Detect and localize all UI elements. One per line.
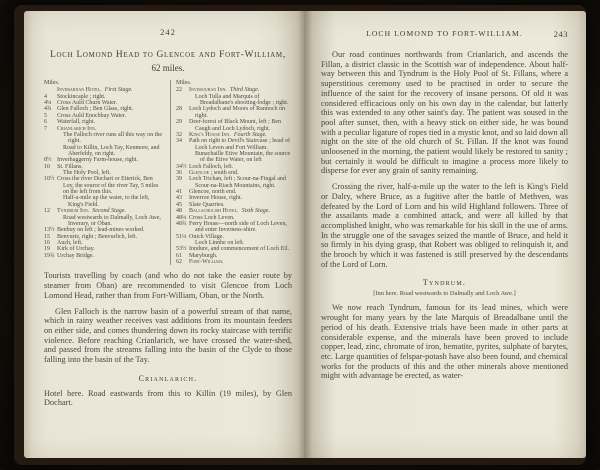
mile-number — [44, 132, 57, 145]
page-number-left: 242 — [44, 27, 292, 37]
itinerary-entry: 48¾ Ferry House—north side of Loch Leven… — [176, 221, 292, 234]
place-name: King's House Inn. — [189, 132, 231, 138]
running-head: LOCH LOMOND TO FORT-WILLIAM. — [321, 29, 568, 38]
miles-header-right: Miles. — [176, 80, 292, 86]
mile-number: 28 — [176, 106, 189, 119]
entry-text: Loch Lydoch and Moors of Rannoch on righ… — [189, 106, 285, 118]
itinerary-text: Loch Tulla and Marquis of Breadalbane's … — [189, 94, 292, 107]
entry-text: Deer-forest of Black Mount, left ; Ben C… — [189, 119, 281, 131]
mile-number: 19¾ — [44, 253, 57, 259]
entry-text: Inverroe House, right. — [189, 195, 242, 201]
entry-text: Urchay Bridge. — [57, 253, 94, 259]
place-name: Fort-William. — [189, 259, 223, 265]
entry-text: St. Fillans. — [57, 164, 83, 170]
itinerary-text: Cross the river Dochart or Etterick, Ben… — [57, 176, 165, 195]
itinerary-text: The Falloch river runs all this way on t… — [57, 132, 165, 145]
entry-text: Road to Killin, Loch Tay, Kenmore, and A… — [63, 145, 160, 157]
itinerary-text: Loch Lydoch and Moors of Rannoch on righ… — [189, 106, 292, 119]
paragraph-tyndrum-mines: We now reach Tyndrum, famous for its lea… — [321, 303, 568, 381]
entry-text: Maryburgh. — [189, 253, 217, 259]
chapter-subtitle: 62 miles. — [44, 63, 292, 73]
right-page: LOCH LOMOND TO FORT-WILLIAM. 243 Our roa… — [304, 11, 586, 458]
itinerary-text: Path on right to Devil's Staircase ; hea… — [189, 138, 292, 151]
mile-number: 34 — [176, 138, 189, 151]
itinerary-entry: Loch Tulla and Marquis of Breadalbane's … — [176, 94, 292, 107]
chapter-title: Loch Lomond Head to Glencoe and Fort-Wil… — [44, 50, 292, 60]
stage-label: First Stage. — [105, 87, 133, 93]
itinerary-entry: Bunachaille Etive Mountain, the source o… — [176, 151, 292, 164]
itinerary-column-right: Miles. 22 Inverouran Inn.Third Stage. Lo… — [170, 80, 292, 265]
entry-text: Loch Tulla and Marquis of Breadalbane's … — [195, 94, 288, 106]
entry-text: Cross Auld Enochbay Water. — [57, 113, 126, 119]
mile-number: 48¾ — [176, 221, 189, 234]
page-number-right: 243 — [554, 29, 568, 39]
stage-label: Sixth Stage. — [242, 208, 270, 214]
entry-text: Half-a-mile up the water, to the left, K… — [63, 195, 149, 207]
itinerary-list-right: 22 Inverouran Inn.Third Stage. Loch Tull… — [176, 87, 292, 265]
entry-text: Ferry House—north side of Loch Leven, an… — [189, 221, 287, 233]
paragraph-tourists: Tourists travelling by coach (and who do… — [44, 271, 292, 300]
stage-label: Second Stage. — [92, 208, 126, 214]
mile-number — [176, 151, 189, 164]
mile-number: 29 — [176, 119, 189, 132]
entry-text: Loch Falloch, left. — [189, 164, 233, 170]
entry-text: Kirk of Urchay. — [57, 246, 95, 252]
entry-text: Bunachaille Etive Mountain, the source o… — [195, 151, 290, 163]
book-spread: 242 Loch Lomond Head to Glencoe and Fort… — [24, 11, 586, 458]
itinerary-entry: 29 Deer-forest of Black Mount, left ; Be… — [176, 119, 292, 132]
itinerary-entry: 10½ Cross the river Dochart or Etterick,… — [44, 176, 165, 195]
mile-number — [44, 195, 57, 208]
entry-text: Inverhaggerny Farm-house, right. — [57, 157, 138, 163]
itinerary-entry: 62 Fort-William. — [176, 259, 292, 265]
paragraph-holy-pool: Our road continues northwards from Crian… — [321, 50, 568, 176]
itinerary-entry: The Falloch river runs all this way on t… — [44, 132, 165, 145]
entry-text: Benbuy on left ; lead-mines worked. — [57, 227, 145, 233]
entry-text: Loch Trichan, left ; Scour-na-Fingal and… — [189, 176, 286, 188]
itinerary-column-left: Miles. Inverarnan Hotel.First Stage. 4 S… — [44, 80, 170, 265]
itinerary-text: Bunachaille Etive Mountain, the source o… — [189, 151, 292, 164]
tyndrum-inn-note: [Inn here. Road westwards to Dalmally an… — [321, 290, 568, 297]
place-name: Crianlarich Inn. — [57, 126, 96, 132]
miles-header-left: Miles. — [44, 80, 165, 86]
mile-number — [176, 94, 189, 107]
stage-label: Fourth Stage. — [234, 132, 267, 138]
mile-number: 62 — [176, 259, 189, 265]
mile-number — [44, 215, 57, 228]
entry-text: The Holy Pool, left. — [63, 170, 111, 176]
entry-text: The Falloch river runs all this way on t… — [63, 132, 162, 144]
entry-text: Benvurie, right ; Benvurlich, left. — [57, 234, 137, 240]
entry-text: Cross Auld Churn Water. — [57, 100, 117, 106]
itinerary-list-left: Inverarnan Hotel.First Stage. 4 Stockinc… — [44, 87, 165, 259]
place-name: Inverarnan Hotel. — [57, 87, 102, 93]
itinerary-text: Deer-forest of Black Mount, left ; Ben C… — [189, 119, 292, 132]
itinerary-entry: 19¾ Urchay Bridge. — [44, 253, 165, 259]
itinerary-text: Urchay Bridge. — [57, 253, 165, 259]
mile-number — [44, 145, 57, 158]
itinerary-table: Miles. Inverarnan Hotel.First Stage. 4 S… — [44, 80, 292, 265]
section-heading-tyndrum: Tyndrum. — [321, 278, 568, 287]
paragraph-kings-field: Crossing the river, half-a-mile up the w… — [321, 182, 568, 269]
entry-text: Glencoe, north end. — [189, 189, 236, 195]
itinerary-text: Road to Killin, Loch Tay, Kenmore, and A… — [57, 145, 165, 158]
entry-text: Stockincaple ; right. — [57, 94, 106, 100]
place-name: Ballachulish Hotel. — [189, 208, 239, 214]
mile-number: 10½ — [44, 176, 57, 195]
itinerary-text: Fort-William. — [189, 259, 292, 265]
book-photo: 242 Loch Lomond Head to Glencoe and Fort… — [0, 0, 600, 470]
entry-text: Inndure, and commencement of Loch Eil. — [189, 246, 289, 252]
entry-text: Cross Loch Leven. — [189, 215, 235, 221]
stage-label: Third Stage. — [230, 87, 259, 93]
entry-text: Onich Village. — [189, 234, 224, 240]
entry-text: Road westwards to Dalmally, Loch Awe, In… — [63, 215, 161, 227]
section-heading-crianlarich: Crianlarich. — [44, 374, 292, 383]
itinerary-entry: Half-a-mile up the water, to the left, K… — [44, 195, 165, 208]
itinerary-entry: 39 Loch Trichan, left ; Scour-na-Fingal … — [176, 176, 292, 189]
entry-text: Waterfall, right. — [57, 119, 95, 125]
itinerary-entry: 34 Path on right to Devil's Staircase ; … — [176, 138, 292, 151]
place-name: Inverouran Inn. — [189, 87, 227, 93]
paragraph-glen-falloch: Glen Falloch is the narrow basin of a po… — [44, 307, 292, 365]
entry-text: Slate Quarries. — [189, 202, 225, 208]
entry-text: Glen Falloch ; Ben Glass, right. — [57, 106, 133, 112]
running-head-row: LOCH LOMOND TO FORT-WILLIAM. 243 — [321, 29, 568, 40]
entry-text: Path on right to Devil's Staircase ; hea… — [189, 138, 290, 150]
paragraph-crianlarich: Hotel here. Road eastwards from this to … — [44, 389, 292, 408]
mile-number: 39 — [176, 176, 189, 189]
itinerary-text: Half-a-mile up the water, to the left, K… — [57, 195, 165, 208]
itinerary-text: Ferry House—north side of Loch Leven, an… — [189, 221, 292, 234]
entry-text: Cross the river Dochart or Etterick, Ben… — [57, 176, 158, 195]
itinerary-entry: Road westwards to Dalmally, Loch Awe, In… — [44, 215, 165, 228]
itinerary-text: Loch Trichan, left ; Scour-na-Fingal and… — [189, 176, 292, 189]
left-page: 242 Loch Lomond Head to Glencoe and Fort… — [24, 11, 304, 458]
itinerary-entry: 28 Loch Lydoch and Moors of Rannoch on r… — [176, 106, 292, 119]
itinerary-entry: Road to Killin, Loch Tay, Kenmore, and A… — [44, 145, 165, 158]
place-name: Tyndrum Inn. — [57, 208, 89, 214]
itinerary-text: Road westwards to Dalmally, Loch Awe, In… — [57, 215, 165, 228]
